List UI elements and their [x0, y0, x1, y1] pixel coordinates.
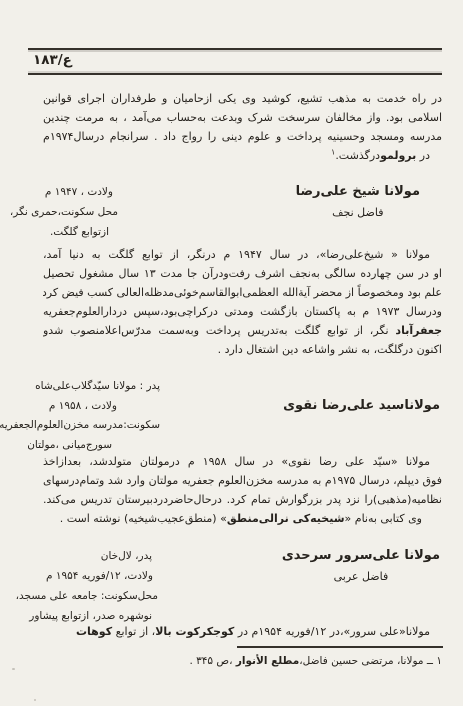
bio-line: نظامیه(مذهبی)را نزد پدر بزرگوارش تمام کر…: [43, 490, 442, 509]
bio-line: ودرسال ۱۹۷۳ م به پاکستان بازگشت ومدتی در…: [43, 302, 442, 321]
scholar-name-block: مولانا شیخ علی‌رضا فاضل نجف: [296, 182, 420, 224]
footnote-divider: [237, 646, 443, 648]
bio-line: اکنون درگلگت، به نشر واشاعه دین اشتغال د…: [43, 340, 442, 359]
book-page: ۱۸۳/ع در راه خدمت به مذهب تشیع، کوشید وی…: [0, 0, 463, 706]
meta-line: محل‌سکونت: جامعه علی مسجد،: [43, 586, 158, 606]
scholar-subtitle: فاضل نجف: [296, 202, 420, 224]
meta-line: پدر، لال‌خان: [43, 546, 158, 566]
scholar-meta-block: ولادت ، ۱۹۴۷ م محل سکونت،حمری نگر، ازتوا…: [43, 182, 118, 242]
scholar-meta-block: پدر، لال‌خان ولادت، ۱۲/فوریه ۱۹۵۴ م محل‌…: [43, 546, 158, 626]
bio-paragraph-ali-raza: مولانا « شیخ‌علی‌رضا»، در سال ۱۹۴۷ م درن…: [43, 245, 442, 359]
scan-speck: [12, 668, 15, 670]
scholar-name-block: مولاناسید علی‌رضا نقوی: [283, 396, 440, 416]
header-rule-bottom: [28, 73, 442, 75]
scholar-meta-block: پدر : مولانا سیّدگلاب‌علی‌شاه ولادت ، ۱۹…: [43, 377, 160, 455]
header-rule-top: [28, 48, 442, 50]
scholar-name: مولانا شیخ علی‌رضا: [296, 182, 420, 202]
footnote-text: ۱ ــ مولانا، مرتضی حسین فاضل،مطلع الأنوا…: [43, 653, 442, 669]
bio-line: او در سن چهارده سالگی به‌نجف اشرف رفت‌ود…: [43, 264, 442, 283]
meta-line: پدر : مولانا سیّدگلاب‌علی‌شاه: [43, 377, 160, 397]
bio-line: جعفرآباد نگر، از توابع گلگت به‌تدریس پرد…: [43, 321, 442, 340]
bio-line: علم بود ومخصوصاً از محضر آیةالله العظمی‌…: [43, 283, 442, 302]
bio-line: مولانا«علی سرور»،در ۱۲/فوریه ۱۹۵۴م در کو…: [43, 622, 442, 641]
meta-line: ولادت ، ۱۹۵۸ م: [43, 397, 160, 417]
intro-line: در برولمودرگذشت.۱: [43, 146, 442, 165]
meta-line: ولادت، ۱۲/فوریه ۱۹۵۴ م: [43, 566, 158, 586]
intro-paragraph: در راه خدمت به مذهب تشیع، کوشید وی یکی ا…: [43, 89, 442, 165]
meta-line: سکونت:مدرسه مخزن‌العلوم‌الجعفریه،: [43, 416, 160, 436]
bio-paragraph-ali-sarwar: مولانا«علی سرور»،در ۱۲/فوریه ۱۹۵۴م در کو…: [43, 622, 442, 641]
bio-paragraph-ali-raza-naqvi: مولانا «سیّد علی رضا نقوی» در سال ۱۹۵۸ م…: [43, 452, 442, 528]
intro-line: مدرسه ومسجد وحسینیه پرداخت و علوم دینی ر…: [43, 127, 442, 146]
meta-line: محل سکونت،حمری نگر،: [43, 202, 118, 222]
scholar-subtitle: فاضل عربی: [282, 566, 440, 588]
page-number: ۱۸۳/ع: [33, 52, 72, 68]
meta-line: ازتوابع گلگت.: [43, 222, 118, 242]
scholar-name-block: مولانا علی‌سرور سرحدی فاضل عربی: [282, 546, 440, 588]
scholar-name: مولاناسید علی‌رضا نقوی: [283, 396, 440, 416]
intro-line: در راه خدمت به مذهب تشیع، کوشید وی یکی ا…: [43, 89, 442, 108]
meta-line: ولادت ، ۱۹۴۷ م: [43, 182, 118, 202]
bio-line: وی کتابی به‌نام «شیخیه‌کی نرالی‌منطق» (م…: [43, 509, 442, 528]
bio-line: مولانا «سیّد علی رضا نقوی» در سال ۱۹۵۸ م…: [43, 452, 442, 471]
bio-line: مولانا « شیخ‌علی‌رضا»، در سال ۱۹۴۷ م درن…: [43, 245, 442, 264]
intro-line: اسلامی بود. واز مخالفان سرسخت شرک وبدعت …: [43, 108, 442, 127]
bio-line: فوق دیپلم، درسال ۱۹۷۵م به مدرسه مخزن‌الع…: [43, 471, 442, 490]
scholar-name: مولانا علی‌سرور سرحدی: [282, 546, 440, 566]
scan-speck: [34, 699, 36, 701]
